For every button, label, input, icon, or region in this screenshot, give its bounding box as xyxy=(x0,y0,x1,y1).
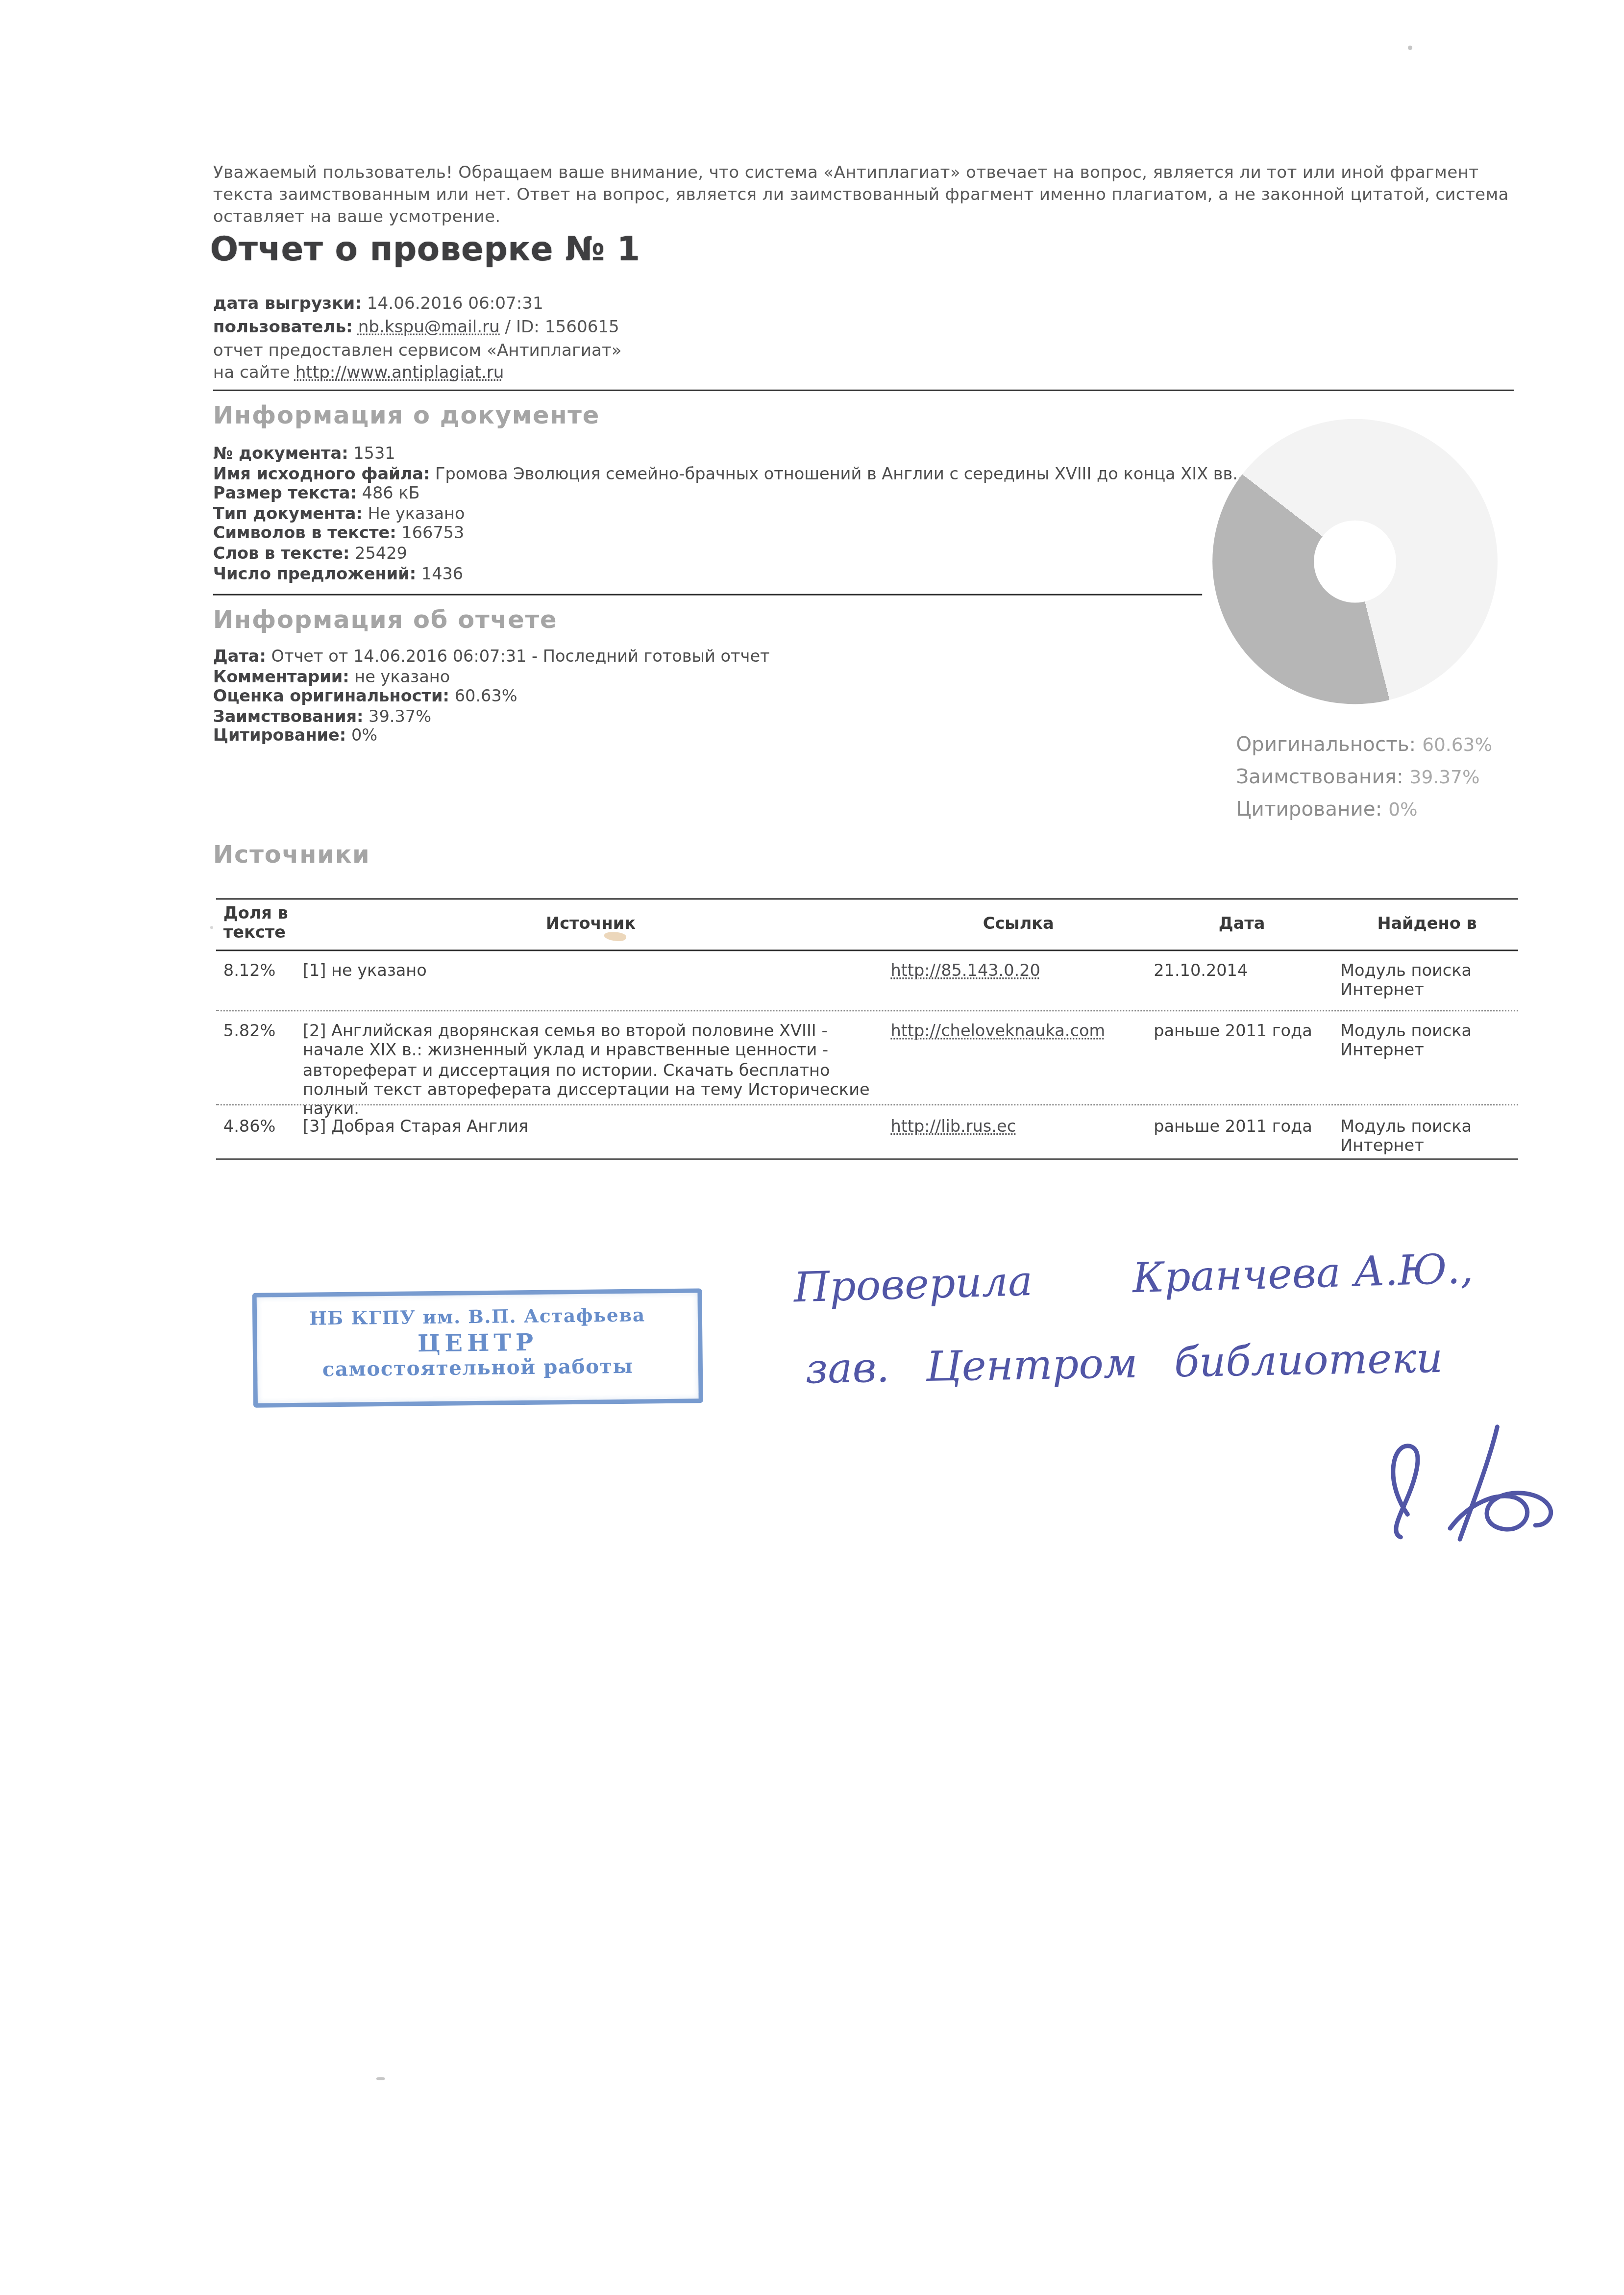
upload-date-line: дата выгрузки: 14.06.2016 06:07:31 xyxy=(213,293,622,316)
field-line: Тип документа: Не указано xyxy=(213,504,1330,524)
source-row-link: http://lib.rus.ec xyxy=(890,1117,1146,1137)
field-label: Оценка оригинальности: xyxy=(213,687,449,706)
source-row-found-in: Модуль поиска Интернет xyxy=(1340,1022,1514,1061)
source-url-link[interactable]: http://85.143.0.20 xyxy=(890,961,1040,980)
section-heading-sources: Источники xyxy=(213,841,370,869)
legend-borrowed: Заимствования: 39.37% xyxy=(1236,766,1479,789)
col-header-link: Ссылка xyxy=(890,914,1146,933)
field-value: 486 кБ xyxy=(362,484,420,503)
divider xyxy=(213,390,1514,391)
field-value: 60.63% xyxy=(455,687,517,706)
divider xyxy=(213,594,1202,596)
field-line: Число предложений: 1436 xyxy=(213,564,1330,584)
source-url-link[interactable]: http://lib.rus.ec xyxy=(890,1117,1016,1136)
scan-speckle xyxy=(1408,46,1412,50)
field-value: Отчет от 14.06.2016 06:07:31 - Последний… xyxy=(271,647,770,666)
source-row-date: раньше 2011 года xyxy=(1154,1117,1330,1137)
report-meta: дата выгрузки: 14.06.2016 06:07:31 польз… xyxy=(213,293,622,385)
field-label: Символов в тексте: xyxy=(213,524,396,543)
legend-value: 39.37% xyxy=(1410,766,1480,788)
field-line: Оценка оригинальности: 60.63% xyxy=(213,687,1242,707)
table-bottom-border xyxy=(216,1158,1518,1160)
field-value: 1531 xyxy=(353,444,395,463)
col-header-date: Дата xyxy=(1154,914,1330,933)
site-line: на сайте http://www.antiplagiat.ru xyxy=(213,362,622,385)
table-row-separator xyxy=(216,1010,1518,1011)
field-value: не указано xyxy=(354,667,450,686)
donut-hole xyxy=(1314,520,1397,603)
field-label: № документа: xyxy=(213,444,348,463)
field-line: Размер текста: 486 кБ xyxy=(213,484,1330,504)
page-title: Отчет о проверке № 1 xyxy=(210,231,640,269)
scan-speckle xyxy=(376,2077,385,2080)
field-label: Цитирование: xyxy=(213,727,346,746)
signature-flourish-icon xyxy=(1351,1413,1602,1551)
stamp-line3: самостоятельной работы xyxy=(257,1354,698,1382)
field-value: Не указано xyxy=(368,504,465,523)
source-row-share: 5.82% xyxy=(223,1022,300,1041)
source-row-title: [3] Добрая Старая Англия xyxy=(303,1117,879,1137)
field-line: № документа: 1531 xyxy=(213,444,1330,464)
upload-date-value: 14.06.2016 06:07:31 xyxy=(367,293,543,313)
field-line: Комментарии: не указано xyxy=(213,667,1242,687)
user-label: пользователь: xyxy=(213,316,353,336)
stamp-line1: НБ КГПУ им. В.П. Астафьева xyxy=(257,1303,698,1329)
field-value: 25429 xyxy=(355,544,407,563)
disclaimer-text: Уважаемый пользователь! Обращаем ваше вн… xyxy=(213,162,1515,229)
legend-citation: Цитирование: 0% xyxy=(1236,798,1418,822)
source-row-date: 21.10.2014 xyxy=(1154,961,1330,981)
service-line: отчет предоставлен сервисом «Антиплагиат… xyxy=(213,339,622,362)
scan-speckle xyxy=(210,926,213,929)
user-email-link[interactable]: nb.kspu@mail.ru xyxy=(358,316,500,336)
source-row-found-in: Модуль поиска Интернет xyxy=(1340,961,1514,1000)
field-label: Слов в тексте: xyxy=(213,544,350,563)
handwritten-checked-by: ПроверилаКранчева А.Ю., xyxy=(793,1245,1474,1312)
table-header-border xyxy=(216,949,1518,951)
table-top-border xyxy=(216,898,1518,899)
field-value: Громова Эволюция семейно-брачных отношен… xyxy=(435,464,1273,483)
field-label: Тип документа: xyxy=(213,504,363,523)
field-label: Число предложений: xyxy=(213,564,416,583)
field-line: Дата: Отчет от 14.06.2016 06:07:31 - Пос… xyxy=(213,647,1242,667)
source-row-link: http://85.143.0.20 xyxy=(890,961,1146,981)
col-header-source: Источник xyxy=(303,914,879,933)
source-row-share: 8.12% xyxy=(223,961,300,981)
user-id: / ID: 1560615 xyxy=(505,316,619,336)
col-header-share: Доля в тексте xyxy=(223,904,300,942)
field-value: 0% xyxy=(351,727,377,746)
upload-date-label: дата выгрузки: xyxy=(213,293,362,313)
user-line: пользователь: nb.kspu@mail.ru / ID: 1560… xyxy=(213,316,622,339)
site-url-link[interactable]: http://www.antiplagiat.ru xyxy=(295,362,504,383)
site-prefix: на сайте xyxy=(213,362,290,383)
field-line: Цитирование: 0% xyxy=(213,727,1242,747)
field-line: Слов в тексте: 25429 xyxy=(213,544,1330,564)
document-info-block: № документа: 1531 Имя исходного файла: Г… xyxy=(213,444,1330,584)
field-value: 39.37% xyxy=(369,707,431,726)
field-line: Имя исходного файла: Громова Эволюция се… xyxy=(213,464,1330,484)
section-heading-report: Информация об отчете xyxy=(213,606,558,634)
legend-label: Цитирование: xyxy=(1236,798,1382,822)
source-row-link: http://cheloveknauka.com xyxy=(890,1022,1146,1041)
legend-value: 0% xyxy=(1388,798,1418,820)
handwritten-position: зав. Центром библиотеки xyxy=(805,1334,1443,1394)
stamp-line2: ЦЕНТР xyxy=(257,1326,698,1359)
scanned-report-page: Уважаемый пользователь! Обращаем ваше вн… xyxy=(0,0,1624,2295)
source-row-title: [1] не указано xyxy=(303,961,879,981)
field-label: Комментарии: xyxy=(213,667,349,686)
source-row-found-in: Модуль поиска Интернет xyxy=(1340,1117,1514,1156)
handwritten-word-checked: Проверила xyxy=(793,1257,1033,1312)
field-value: 166753 xyxy=(401,524,464,543)
field-line: Символов в тексте: 166753 xyxy=(213,524,1330,544)
legend-label: Заимствования: xyxy=(1236,766,1403,789)
field-label: Заимствования: xyxy=(213,707,364,726)
field-value: 1436 xyxy=(421,564,463,583)
source-url-link[interactable]: http://cheloveknauka.com xyxy=(890,1022,1105,1041)
field-label: Размер текста: xyxy=(213,484,357,503)
table-row-separator xyxy=(216,1104,1518,1105)
field-line: Заимствования: 39.37% xyxy=(213,707,1242,727)
col-header-found-in: Найдено в xyxy=(1340,914,1514,933)
legend-label: Оригинальность: xyxy=(1236,734,1416,757)
source-row-share: 4.86% xyxy=(223,1117,300,1137)
field-label: Имя исходного файла: xyxy=(213,464,430,483)
legend-value: 60.63% xyxy=(1422,734,1492,756)
report-info-block: Дата: Отчет от 14.06.2016 06:07:31 - Пос… xyxy=(213,647,1242,747)
source-row-date: раньше 2011 года xyxy=(1154,1022,1330,1041)
library-stamp: НБ КГПУ им. В.П. Астафьева ЦЕНТР самосто… xyxy=(252,1288,703,1408)
handwritten-name: Кранчева А.Ю., xyxy=(1132,1245,1474,1302)
legend-originality: Оригинальность: 60.63% xyxy=(1236,734,1492,757)
field-label: Дата: xyxy=(213,647,266,666)
section-heading-document: Информация о документе xyxy=(213,401,600,429)
